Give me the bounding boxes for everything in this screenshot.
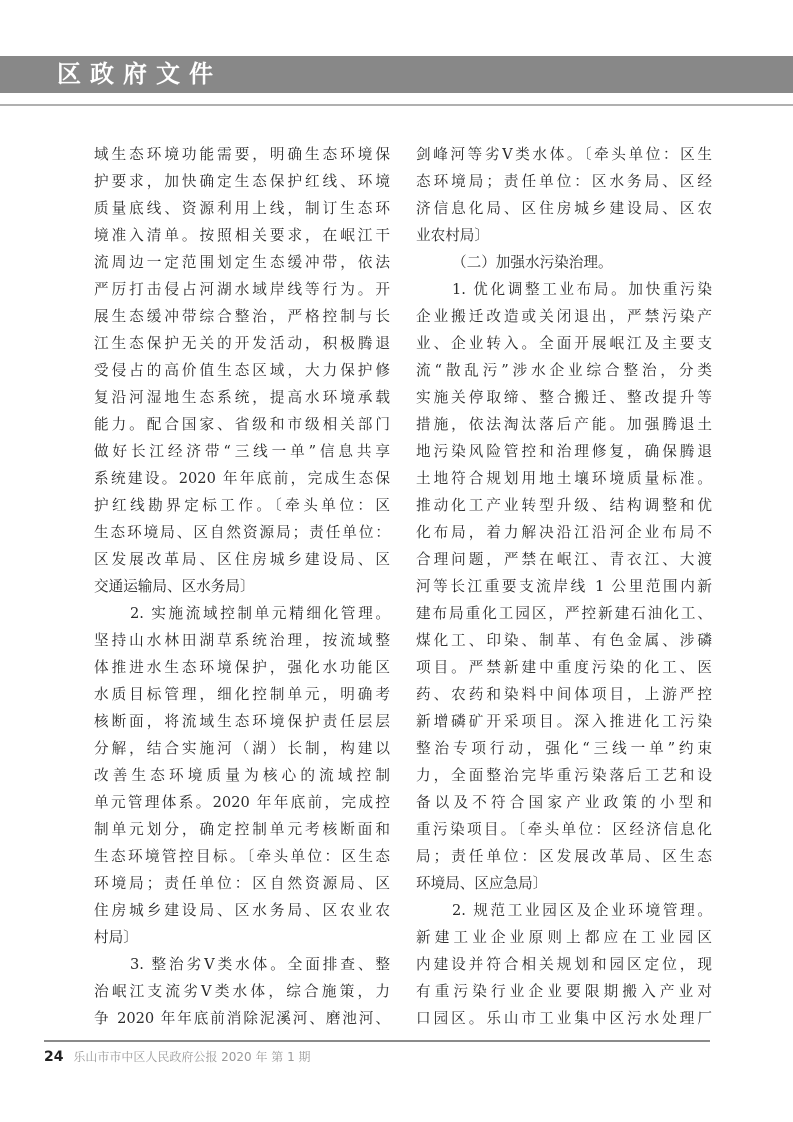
text-line: 做好长江经济带“三线一单”信息共享 <box>94 438 390 465</box>
text-line: 流周边一定范围划定生态缓冲带，依法 <box>94 249 390 276</box>
text-line: 单元管理体系。2020 年年底前，完成控 <box>94 789 390 816</box>
text-line: 济信息化局、区住房城乡建设局、区农 <box>416 195 712 222</box>
text-line: 展生态缓冲带综合整治，严格控制与长 <box>94 303 390 330</box>
text-line: 药、农药和染料中间体项目，上游严控 <box>416 681 712 708</box>
text-line: 措施，依法淘汰落后产能。加强腾退土 <box>416 411 712 438</box>
text-line: 体推进水生态环境保护，强化水功能区 <box>94 654 390 681</box>
text-line: 系统建设。2020 年年底前，完成生态保 <box>94 465 390 492</box>
text-line: 严厉打击侵占河湖水域岸线等行为。开 <box>94 276 390 303</box>
text-line: 实施关停取缔、整合搬迁、整改提升等 <box>416 384 712 411</box>
publication-info: 乐山市市中区人民政府公报 2020 年 第 1 期 <box>73 1050 310 1064</box>
text-line: 1. 优化调整工业布局。加快重污染 <box>416 276 712 303</box>
text-line: 复沿河湿地生态系统，提高水环境承载 <box>94 384 390 411</box>
page-number: 24 <box>44 1049 63 1065</box>
text-line: 3. 整治劣Ⅴ类水体。全面排查、整 <box>94 951 390 978</box>
text-line: 环境局；责任单位：区自然资源局、区 <box>94 870 390 897</box>
text-line: 制单元划分，确定控制单元考核断面和 <box>94 816 390 843</box>
text-line: 环境局、区应急局〕 <box>416 870 712 897</box>
text-line: 流“散乱污”涉水企业综合整治，分类 <box>416 357 712 384</box>
text-line: 备以及不符合国家产业政策的小型和 <box>416 789 712 816</box>
text-line: 口园区。乐山市工业集中区污水处理厂 <box>416 1005 712 1032</box>
text-line: 业农村局〕 <box>416 222 712 249</box>
text-line: 生态环境管控目标。〔牵头单位：区生态 <box>94 843 390 870</box>
text-line: 水质目标管理，细化控制单元，明确考 <box>94 681 390 708</box>
text-line: 力，全面整治完毕重污染落后工艺和设 <box>416 762 712 789</box>
text-line: 土地符合规划用地土壤环境质量标准。 <box>416 465 712 492</box>
text-line: 剑峰河等劣Ⅴ类水体。〔牵头单位：区生 <box>416 141 712 168</box>
text-line: 项目。严禁新建中重度污染的化工、医 <box>416 654 712 681</box>
text-line: 业、企业转入。全面开展岷江及主要支 <box>416 330 712 357</box>
text-line: 新增磷矿开采项目。深入推进化工污染 <box>416 708 712 735</box>
text-line: 争 2020 年年底前消除泥溪河、磨池河、 <box>94 1005 390 1032</box>
text-line: 治岷江支流劣Ⅴ类水体，综合施策，力 <box>94 978 390 1005</box>
text-line: 护要求，加快确定生态保护红线、环境 <box>94 168 390 195</box>
left-text-column: 域生态环境功能需要，明确生态环境保护要求，加快确定生态保护红线、环境质量底线、资… <box>94 141 390 1032</box>
text-line: 煤化工、印染、制革、有色金属、涉磷 <box>416 627 712 654</box>
text-line: 态环境局；责任单位：区水务局、区经 <box>416 168 712 195</box>
right-text-column: 剑峰河等劣Ⅴ类水体。〔牵头单位：区生态环境局；责任单位：区水务局、区经济信息化局… <box>416 141 712 1032</box>
text-line: 推动化工产业转型升级、结构调整和优 <box>416 492 712 519</box>
text-line: （二）加强水污染治理。 <box>416 249 712 276</box>
text-line: 护红线勘界定标工作。〔牵头单位：区 <box>94 492 390 519</box>
text-line: 坚持山水林田湖草系统治理，按流域整 <box>94 627 390 654</box>
section-title: 区政府文件 <box>57 58 222 90</box>
text-line: 整治专项行动，强化“三线一单”约束 <box>416 735 712 762</box>
text-line: 境准入清单。按照相关要求，在岷江干 <box>94 222 390 249</box>
text-line: 2. 实施流域控制单元精细化管理。 <box>94 600 390 627</box>
text-line: 河等长江重要支流岸线 1 公里范围内新 <box>416 573 712 600</box>
text-line: 地污染风险管控和治理修复，确保腾退 <box>416 438 712 465</box>
text-line: 交通运输局、区水务局〕 <box>94 573 390 600</box>
text-line: 村局〕 <box>94 924 390 951</box>
text-line: 企业搬迁改造或关闭退出，严禁污染产 <box>416 303 712 330</box>
text-line: 重污染项目。〔牵头单位：区经济信息化 <box>416 816 712 843</box>
text-line: 区发展改革局、区住房城乡建设局、区 <box>94 546 390 573</box>
text-line: 新建工业企业原则上都应在工业园区 <box>416 924 712 951</box>
text-line: 域生态环境功能需要，明确生态环境保 <box>94 141 390 168</box>
text-line: 建布局重化工园区，严控新建石油化工、 <box>416 600 712 627</box>
text-line: 受侵占的高价值生态区域，大力保护修 <box>94 357 390 384</box>
text-line: 分解，结合实施河（湖）长制，构建以 <box>94 735 390 762</box>
page-footer: 24 乐山市市中区人民政府公报 2020 年 第 1 期 <box>44 1048 311 1066</box>
text-line: 江生态保护无关的开发活动，积极腾退 <box>94 330 390 357</box>
text-line: 化布局，着力解决沿江沿河企业布局不 <box>416 519 712 546</box>
footer-divider <box>44 1040 710 1042</box>
text-line: 核断面，将流域生态环境保护责任层层 <box>94 708 390 735</box>
header-divider <box>0 104 793 106</box>
text-line: 内建设并符合相关规划和园区定位，现 <box>416 951 712 978</box>
text-line: 局；责任单位：区发展改革局、区生态 <box>416 843 712 870</box>
text-line: 能力。配合国家、省级和市级相关部门 <box>94 411 390 438</box>
text-line: 质量底线、资源利用上线，制订生态环 <box>94 195 390 222</box>
text-line: 2. 规范工业园区及企业环境管理。 <box>416 897 712 924</box>
text-line: 住房城乡建设局、区水务局、区农业农 <box>94 897 390 924</box>
text-line: 改善生态环境质量为核心的流域控制 <box>94 762 390 789</box>
text-line: 有重污染行业企业要限期搬入产业对 <box>416 978 712 1005</box>
text-line: 合理问题，严禁在岷江、青衣江、大渡 <box>416 546 712 573</box>
text-line: 生态环境局、区自然资源局；责任单位： <box>94 519 390 546</box>
